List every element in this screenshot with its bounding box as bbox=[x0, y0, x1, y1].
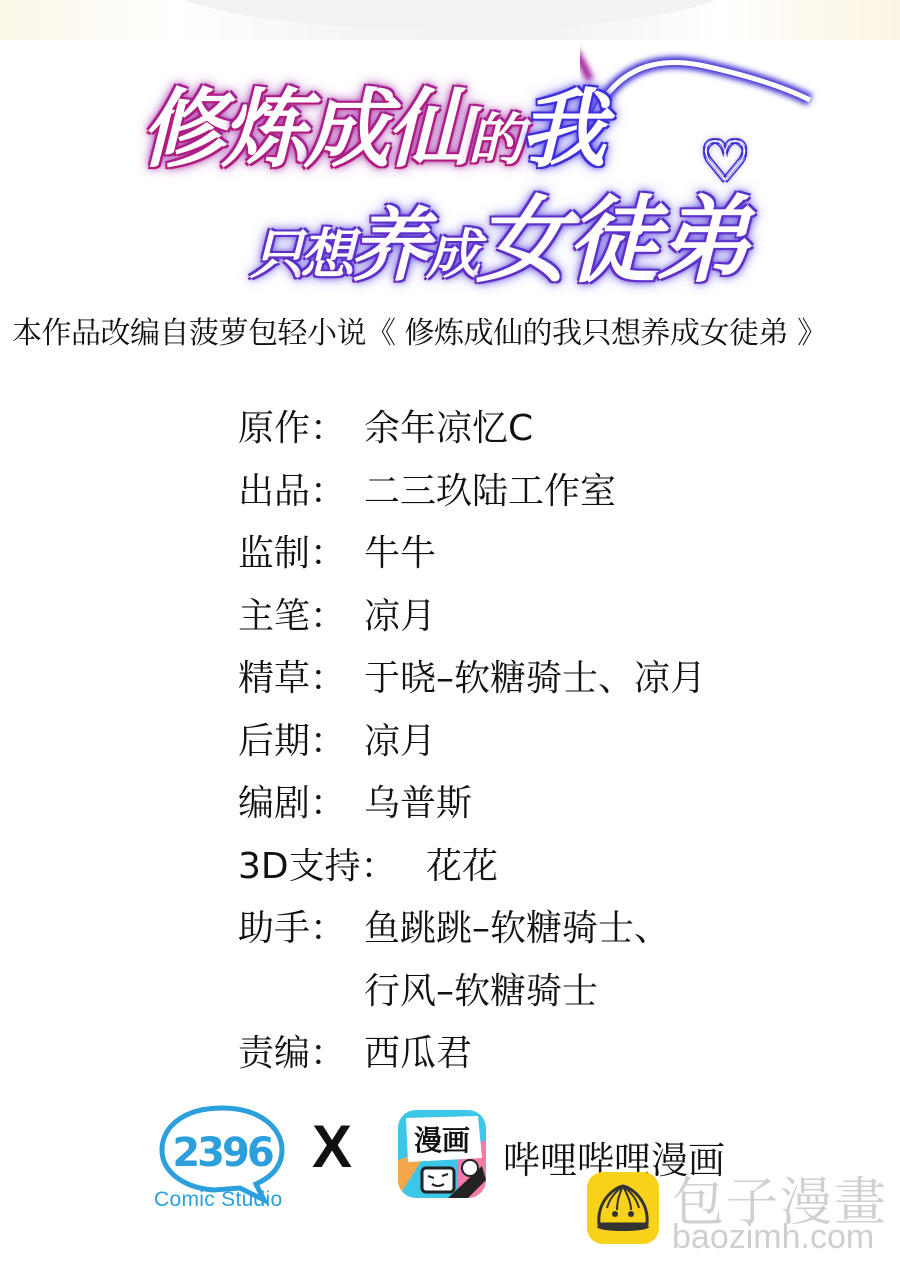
credit-value: 鱼跳跳–软糖骑士、 bbox=[364, 898, 670, 961]
credit-row-assistant: 助手： 鱼跳跳–软糖骑士、 bbox=[238, 898, 706, 961]
credit-value: 于晓–软糖骑士、凉月 bbox=[364, 648, 706, 711]
credit-row-script: 编剧： 乌普斯 bbox=[238, 773, 706, 836]
svg-text:漫画: 漫画 bbox=[414, 1124, 470, 1157]
title-char: 只 bbox=[250, 223, 300, 286]
title-char: 修 bbox=[140, 80, 222, 180]
credit-label: 主笔： bbox=[238, 586, 364, 649]
credit-row-producer: 出品： 二三玖陆工作室 bbox=[238, 461, 706, 524]
credit-row-supervisor: 监制： 牛牛 bbox=[238, 523, 706, 586]
credit-value: 凉月 bbox=[364, 711, 436, 774]
swoosh-decoration-icon bbox=[580, 40, 820, 130]
credit-row-3d: 3D支持： 花花 bbox=[238, 836, 706, 899]
title-char: 成 bbox=[426, 223, 476, 286]
credits-list: 原作： 余年凉忆C 出品： 二三玖陆工作室 监制： 牛牛 主笔： 凉月 精草： … bbox=[238, 398, 706, 1086]
credit-row-post: 后期： 凉月 bbox=[238, 711, 706, 774]
bilibili-manga-app-icon: 漫画 bbox=[398, 1110, 486, 1198]
credit-value: 二三玖陆工作室 bbox=[364, 461, 616, 524]
credit-label: 原作： bbox=[238, 398, 364, 461]
credit-value: 牛牛 bbox=[364, 523, 436, 586]
credit-row-original: 原作： 余年凉忆C bbox=[238, 398, 706, 461]
credit-value: 花花 bbox=[426, 836, 498, 899]
credit-label: 编剧： bbox=[238, 773, 364, 836]
watermark-url: baozimh.com bbox=[672, 1218, 874, 1257]
svg-text:2396: 2396 bbox=[172, 1130, 272, 1176]
title-char: 弟 bbox=[656, 187, 746, 296]
collaboration-x: X bbox=[312, 1112, 352, 1181]
adaptation-note: 本作品改编自菠萝包轻小说《 修炼成仙的我只想养成女徒弟 》 bbox=[12, 314, 900, 354]
credit-label: 监制： bbox=[238, 523, 364, 586]
title-logo: 修炼成仙的我 ♡ 只想养成女徒弟 bbox=[130, 20, 780, 290]
credit-label: 后期： bbox=[238, 711, 364, 774]
credit-label: 3D支持： bbox=[238, 836, 426, 899]
credit-label: 出品： bbox=[238, 461, 364, 524]
credit-value: 乌普斯 bbox=[364, 773, 472, 836]
title-char: 女 bbox=[476, 187, 566, 296]
credit-row-sketch: 精草： 于晓–软糖骑士、凉月 bbox=[238, 648, 706, 711]
title-char: 养 bbox=[350, 199, 426, 292]
credit-value: 行风–软糖骑士 bbox=[364, 961, 598, 1024]
credit-label: 精草： bbox=[238, 648, 364, 711]
title-char: 的 bbox=[468, 108, 520, 173]
credit-value: 西瓜君 bbox=[364, 1023, 472, 1086]
title-line-2: 只想养成女徒弟 bbox=[250, 165, 746, 300]
credit-row-assistant-cont: 行风–软糖骑士 bbox=[238, 961, 706, 1024]
credit-value: 余年凉忆C bbox=[364, 398, 533, 461]
credit-row-lead-artist: 主笔： 凉月 bbox=[238, 586, 706, 649]
studio-name: Comic Studio bbox=[154, 1188, 282, 1212]
credit-value: 凉月 bbox=[364, 586, 436, 649]
title-char: 徒 bbox=[566, 187, 656, 296]
baozi-watermark-icon bbox=[587, 1172, 659, 1244]
credit-label: 助手： bbox=[238, 898, 364, 961]
credit-row-editor: 责编： 西瓜君 bbox=[238, 1023, 706, 1086]
credit-label: 责编： bbox=[238, 1023, 364, 1086]
title-char: 想 bbox=[300, 223, 350, 286]
